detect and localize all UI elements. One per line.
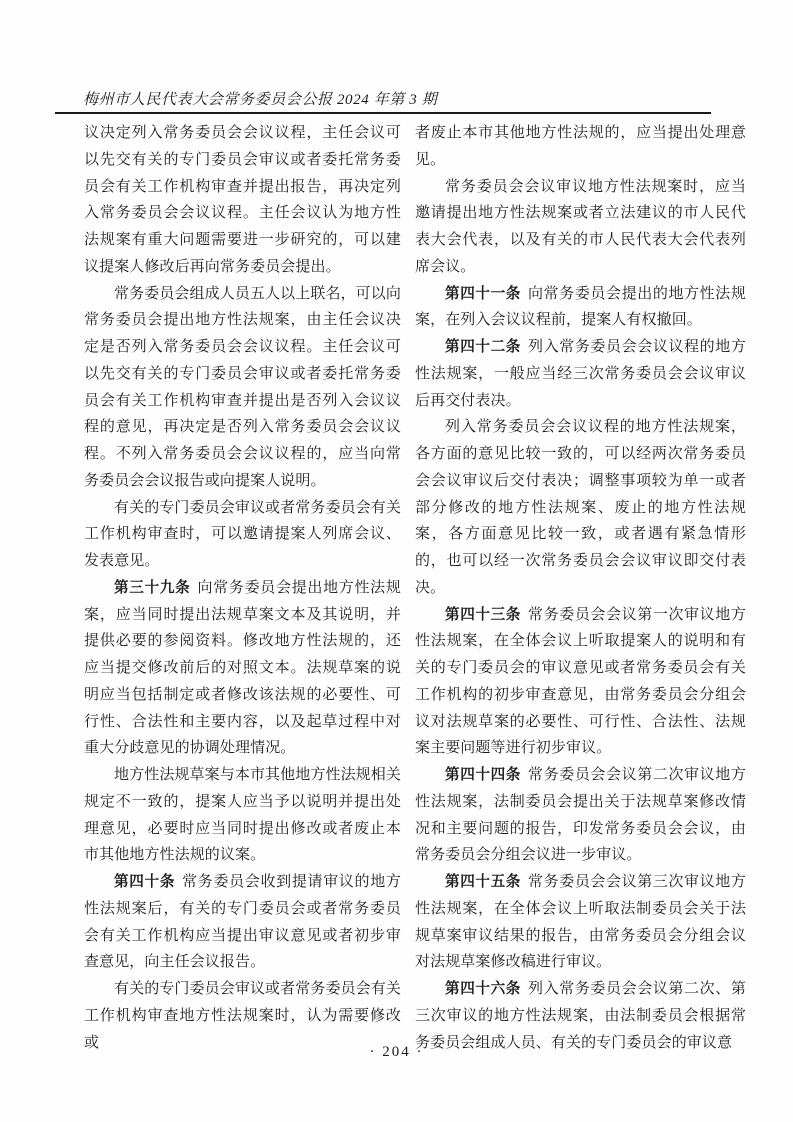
paragraph-text: 向常务委员会提出地方性法规案，应当同时提出法规草案文本及其说明，并提供必要的参阅… — [84, 580, 401, 757]
paragraph: 列入常务委员会会议议程的地方性法规案，各方面的意见比较一致的，可以经两次常务委员… — [415, 414, 746, 601]
article-number: 第四十五条 — [445, 874, 521, 890]
running-header-title: 梅州市人民代表大会常务委员会公报 2024 年第 3 期 — [83, 88, 437, 109]
paragraph-text: 者废止本市其他地方性法规的，应当提出处理意见。 — [415, 125, 746, 168]
paragraph: 者废止本市其他地方性法规的，应当提出处理意见。 — [415, 120, 746, 174]
gazette-page: 梅州市人民代表大会常务委员会公报 2024 年第 3 期 议决定列入常务委员会会… — [0, 0, 793, 1122]
article-number: 第四十二条 — [445, 339, 521, 355]
paragraph-text: 列入常务委员会会议议程的地方性法规案，各方面的意见比较一致的，可以经两次常务委员… — [415, 419, 746, 596]
paragraph-article-40: 第四十条常务委员会收到提请审议的地方性法规案后，有关的专门委员会或者常务委员会有… — [84, 869, 401, 976]
paragraph: 地方性法规草案与本市其他地方性法规相关规定不一致的，提案人应当予以说明并提出处理… — [84, 762, 401, 869]
paragraph-text: 常务委员会会议审议地方性法规案时，应当邀请提出地方性法规案或者立法建议的市人民代… — [415, 179, 746, 275]
paragraph: 常务委员会会议审议地方性法规案时，应当邀请提出地方性法规案或者立法建议的市人民代… — [415, 174, 746, 281]
paragraph-text: 常务委员会会议第一次审议地方性法规案，在全体会议上听取提案人的说明和有关的专门委… — [415, 607, 746, 757]
paragraph-text: 常务委员会组成人员五人以上联名，可以向常务委员会提出地方性法规案，由主任会议决定… — [84, 286, 401, 489]
article-number: 第四十一条 — [445, 286, 521, 302]
paragraph-article-43: 第四十三条常务委员会会议第一次审议地方性法规案，在全体会议上听取提案人的说明和有… — [415, 602, 746, 763]
header-rule — [55, 112, 711, 114]
column-right: 者废止本市其他地方性法规的，应当提出处理意见。 常务委员会会议审议地方性法规案时… — [415, 120, 746, 1056]
paragraph-article-45: 第四十五条常务委员会会议第三次审议地方性法规案，在全体会议上听取法制委员会关于法… — [415, 869, 746, 976]
article-number: 第四十条 — [114, 874, 175, 890]
paragraph-article-39: 第三十九条向常务委员会提出地方性法规案，应当同时提出法规草案文本及其说明，并提供… — [84, 575, 401, 762]
page-number: · 204 · — [0, 1044, 793, 1061]
paragraph-text: 议决定列入常务委员会会议议程，主任会议可以先交有关的专门委员会审议或者委托常务委… — [84, 125, 401, 275]
article-number: 第四十三条 — [445, 607, 521, 623]
paragraph: 议决定列入常务委员会会议议程，主任会议可以先交有关的专门委员会审议或者委托常务委… — [84, 120, 401, 281]
paragraph-text: 地方性法规草案与本市其他地方性法规相关规定不一致的，提案人应当予以说明并提出处理… — [84, 767, 401, 863]
article-number: 第四十四条 — [445, 767, 521, 783]
paragraph-text: 有关的专门委员会审议或者常务委员会有关工作机构审查地方性法规案时，认为需要修改或 — [84, 981, 401, 1051]
paragraph: 常务委员会组成人员五人以上联名，可以向常务委员会提出地方性法规案，由主任会议决定… — [84, 281, 401, 495]
article-number: 第三十九条 — [114, 580, 190, 596]
paragraph-article-44: 第四十四条常务委员会会议第二次审议地方性法规案，法制委员会提出关于法规草案修改情… — [415, 762, 746, 869]
column-left: 议决定列入常务委员会会议议程，主任会议可以先交有关的专门委员会审议或者委托常务委… — [84, 120, 401, 1056]
paragraph-article-41: 第四十一条向常务委员会提出的地方性法规案，在列入会议议程前，提案人有权撤回。 — [415, 281, 746, 335]
paragraph-article-42: 第四十二条列入常务委员会会议议程的地方性法规案，一般应当经三次常务委员会会议审议… — [415, 334, 746, 414]
paragraph: 有关的专门委员会审议或者常务委员会有关工作机构审查时，可以邀请提案人列席会议、发… — [84, 495, 401, 575]
article-number: 第四十六条 — [445, 981, 521, 997]
two-column-body: 议决定列入常务委员会会议议程，主任会议可以先交有关的专门委员会审议或者委托常务委… — [84, 120, 746, 1056]
paragraph-text: 有关的专门委员会审议或者常务委员会有关工作机构审查时，可以邀请提案人列席会议、发… — [84, 500, 401, 570]
